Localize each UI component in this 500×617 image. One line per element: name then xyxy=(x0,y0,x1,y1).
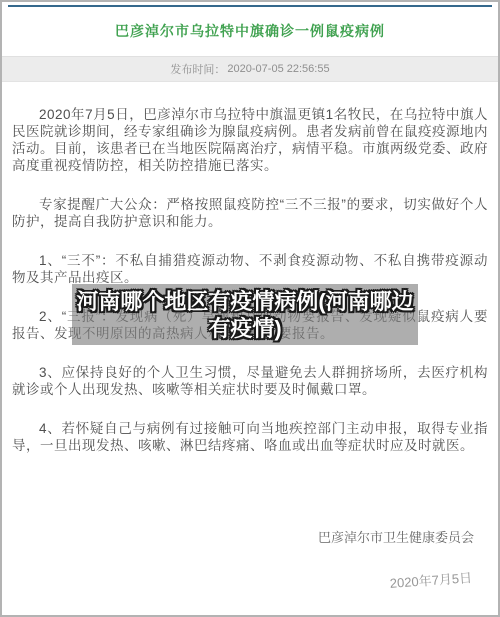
article-paragraph: 1、“三不”：不私自捕猎疫源动物、不剥食疫源动物、不私自携带疫源动物及其产品出疫… xyxy=(12,252,488,286)
publish-time-bar: 发布时间： 2020-07-05 22:56:55 xyxy=(2,56,498,82)
signature-date: 2020年7月5日 xyxy=(13,568,489,617)
article-body: 2020年7月5日，巴彦淖尔市乌拉特中旗温更镇1名牧民，在乌拉特中旗人民医院就诊… xyxy=(2,106,498,585)
article-paragraph: 专家提醒广大公众：严格按照鼠疫防控“三不三报”的要求，切实做好个人防护，提高自我… xyxy=(12,196,488,230)
signature-org: 巴彦淖尔市卫生健康委员会 xyxy=(12,529,488,546)
top-divider xyxy=(8,5,492,7)
article-paragraph: 2020年7月5日，巴彦淖尔市乌拉特中旗温更镇1名牧民，在乌拉特中旗人民医院就诊… xyxy=(12,106,488,174)
publish-time-label: 发布时间： xyxy=(170,61,225,77)
article-paragraph: 4、若怀疑自己与病例有过接触可向当地疾控部门主动申报，取得专业指导，一旦出现发热… xyxy=(12,420,488,454)
article-paragraph: 3、应保持良好的个人卫生习惯，尽量避免去人群拥挤场所，去医疗机构就诊或个人出现发… xyxy=(12,364,488,398)
watermark-caption-overlay: 河南哪个地区有疫情病例(河南哪边有疫情) xyxy=(72,284,418,345)
publish-time-value: 2020-07-05 22:56:55 xyxy=(227,63,329,75)
announcement-page: 巴彦淖尔市乌拉特中旗确诊一例鼠疫病例 发布时间： 2020-07-05 22:5… xyxy=(0,0,500,617)
page-title: 巴彦淖尔市乌拉特中旗确诊一例鼠疫病例 xyxy=(12,21,488,41)
